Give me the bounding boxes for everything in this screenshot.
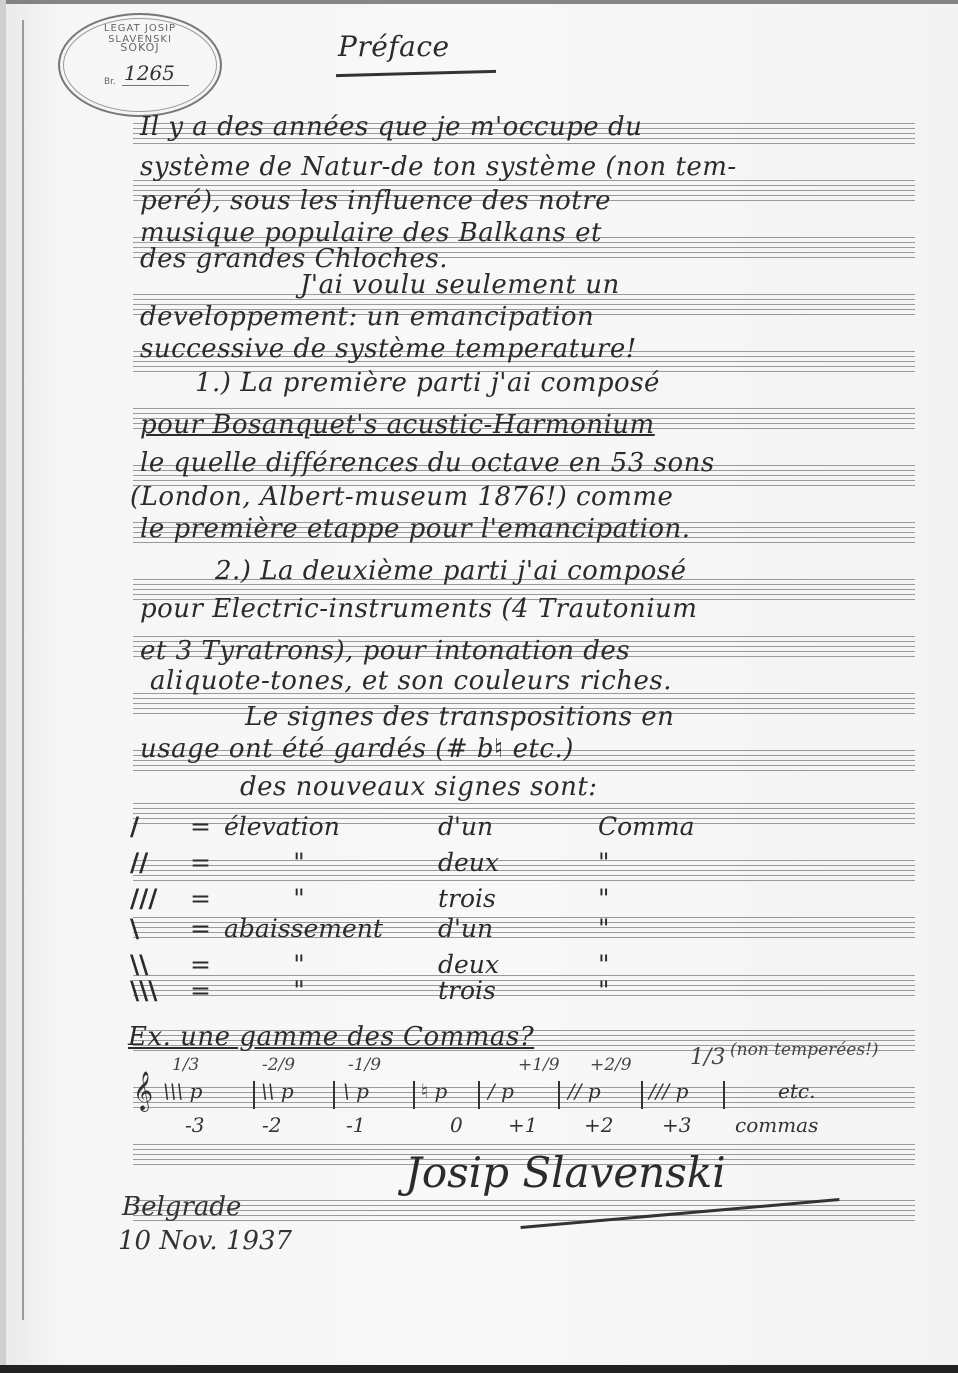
legend-count: trois bbox=[438, 884, 598, 913]
archive-stamp: LEGAT JOSIP SLAVENSKI SOKOJ Br. 1265 bbox=[58, 13, 222, 117]
measure: // p bbox=[568, 1079, 601, 1103]
text-line: 2.) La deuxième parti j'ai composé bbox=[215, 556, 686, 586]
text-line: successive de système temperature! bbox=[140, 334, 637, 364]
fraction-label: 1/3 bbox=[690, 1045, 725, 1070]
comma-sign-down-1: \ bbox=[130, 914, 190, 943]
barline bbox=[558, 1081, 560, 1109]
comma-sign-down-3: \\\ bbox=[130, 976, 190, 1005]
text-line: le première etappe pour l'emancipation. bbox=[140, 514, 691, 544]
fraction-label: -2/9 bbox=[262, 1055, 295, 1075]
date: 10 Nov. 1937 bbox=[118, 1226, 292, 1256]
equals: = bbox=[190, 884, 224, 913]
comma-value: +3 bbox=[662, 1113, 691, 1137]
text-line: système de Natur-de ton système (non tem… bbox=[140, 152, 737, 182]
text-line: et 3 Tyratrons), pour intonation des bbox=[140, 636, 630, 666]
example-heading: Ex. une gamme des Commas? bbox=[128, 1022, 534, 1052]
legend-count: deux bbox=[438, 848, 598, 877]
legend-unit: Comma bbox=[598, 812, 695, 841]
measure: \\\ p bbox=[163, 1079, 202, 1103]
legend-row: //="deux" bbox=[130, 848, 610, 877]
fraction-label: 1/3 bbox=[172, 1055, 199, 1075]
manuscript-page: LEGAT JOSIP SLAVENSKI SOKOJ Br. 1265 Pré… bbox=[0, 0, 958, 1373]
text-line: J'ai voulu seulement un bbox=[300, 270, 620, 300]
comma-value: -3 bbox=[185, 1113, 204, 1137]
page-bottom-edge bbox=[0, 1365, 958, 1373]
legend-unit: " bbox=[598, 950, 610, 979]
signature: Josip Slavenski bbox=[405, 1148, 726, 1197]
text-line: le quelle différences du octave en 53 so… bbox=[140, 448, 715, 478]
measure: ♮ p bbox=[421, 1079, 447, 1103]
measure: \ p bbox=[343, 1079, 369, 1103]
comma-sign-down-2: \\ bbox=[130, 950, 190, 979]
text-line: aliquote-tones, et son couleurs riches. bbox=[150, 666, 672, 696]
comma-value: +1 bbox=[508, 1113, 537, 1137]
comma-value: -2 bbox=[262, 1113, 281, 1137]
fraction-label: +2/9 bbox=[590, 1055, 632, 1075]
text-line: usage ont été gardés (# b♮ etc.) bbox=[140, 734, 574, 764]
fraction-note: (non temperées!) bbox=[730, 1040, 879, 1060]
stamp-number: 1265 bbox=[122, 61, 189, 86]
text-line: Il y a des années que je m'occupe du bbox=[140, 112, 642, 142]
comma-value: +2 bbox=[584, 1113, 613, 1137]
barline bbox=[641, 1081, 643, 1109]
legend-word: " bbox=[224, 976, 374, 1005]
text-line: developpement: un emancipation bbox=[140, 302, 594, 332]
measure: /// p bbox=[649, 1079, 688, 1103]
text-line: peré), sous les influence des notre bbox=[140, 186, 611, 216]
legend-count: d'un bbox=[438, 812, 598, 841]
legend-word: élevation bbox=[224, 812, 438, 841]
barline bbox=[253, 1081, 255, 1109]
equals: = bbox=[190, 976, 224, 1005]
legend-row: /=élevationd'unComma bbox=[130, 812, 695, 841]
fraction-label: -1/9 bbox=[348, 1055, 381, 1075]
barline bbox=[333, 1081, 335, 1109]
legend-unit: " bbox=[598, 884, 610, 913]
legend-count: deux bbox=[438, 950, 598, 979]
legend-word: " bbox=[224, 848, 374, 877]
comma-sign-up-3: /// bbox=[130, 884, 190, 913]
legend-row: \=abaissementd'un" bbox=[130, 914, 610, 943]
barline bbox=[723, 1081, 725, 1109]
text-line: Le signes des transpositions en bbox=[245, 702, 674, 732]
fraction-label: +1/9 bbox=[518, 1055, 560, 1075]
page-fold-line bbox=[22, 20, 24, 1320]
etc-label: etc. bbox=[778, 1079, 815, 1103]
text-line: pour Bosanquet's acustic-Harmonium bbox=[140, 410, 655, 440]
legend-unit: " bbox=[598, 914, 610, 943]
comma-value: 0 bbox=[450, 1113, 463, 1137]
legend-unit: " bbox=[598, 848, 610, 877]
page-left-edge bbox=[0, 0, 6, 1373]
stamp-org: SOKOJ bbox=[60, 41, 220, 54]
text-line: 1.) La première parti j'ai composé bbox=[195, 368, 660, 398]
legend-word: " bbox=[224, 884, 374, 913]
barline bbox=[413, 1081, 415, 1109]
legend-row: \\\="trois" bbox=[130, 976, 610, 1005]
equals: = bbox=[190, 914, 224, 943]
legend-row: ///="trois" bbox=[130, 884, 610, 913]
legend-count: trois bbox=[438, 976, 598, 1005]
legend-word: abaissement bbox=[224, 914, 438, 943]
comma-sign-up-1: / bbox=[130, 812, 190, 841]
title-underline bbox=[336, 70, 496, 77]
comma-unit: commas bbox=[735, 1113, 818, 1137]
legend-count: d'un bbox=[438, 914, 598, 943]
barline bbox=[478, 1081, 480, 1109]
measure: \\ p bbox=[261, 1079, 294, 1103]
text-line: pour Electric-instruments (4 Trautonium bbox=[140, 594, 697, 624]
legend-row: \\="deux" bbox=[130, 950, 610, 979]
equals: = bbox=[190, 950, 224, 979]
page-title: Préface bbox=[338, 30, 450, 63]
stamp-br-label: Br. bbox=[104, 77, 116, 87]
text-line: des nouveaux signes sont: bbox=[240, 772, 598, 802]
comma-sign-up-2: // bbox=[130, 848, 190, 877]
treble-clef-icon: 𝄞 bbox=[133, 1071, 153, 1111]
equals: = bbox=[190, 812, 224, 841]
comma-scale-example: 𝄞 \\\ p \\ p \ p ♮ p / p // p /// p etc. bbox=[133, 1085, 915, 1115]
place: Belgrade bbox=[122, 1192, 241, 1222]
page-top-edge bbox=[0, 0, 958, 4]
legend-unit: " bbox=[598, 976, 610, 1005]
text-line: (London, Albert-museum 1876!) comme bbox=[130, 482, 673, 512]
measure: / p bbox=[488, 1079, 514, 1103]
legend-word: " bbox=[224, 950, 374, 979]
comma-value: -1 bbox=[346, 1113, 365, 1137]
equals: = bbox=[190, 848, 224, 877]
